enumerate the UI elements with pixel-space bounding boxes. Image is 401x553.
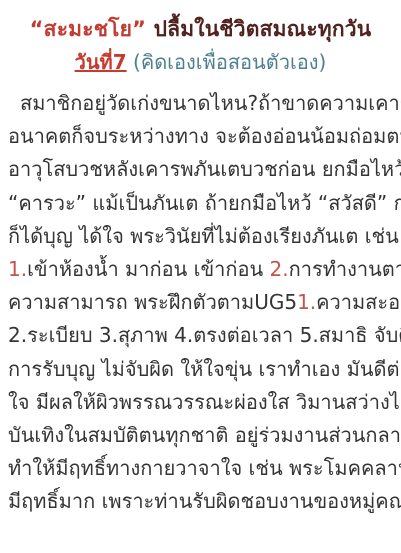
body-segment: ความสะอาด [316, 290, 401, 314]
body-segment-accent: 1. [8, 257, 27, 281]
body-line: ก็ได้บุญ ได้ใจ พระวินัยที่ไม่ต้องเรียงภั… [8, 220, 393, 253]
body-segment: สมาชิกอยู่วัดเก่งขนาดไหน?ถ้าขาดความเคารพ [20, 91, 401, 115]
subtitle-day-number: วันที่7 [75, 50, 127, 74]
body-segment: การรับบุญ ไม่จับผิด ให้ใจขุ่น เราทำเอง ม… [8, 357, 401, 381]
body-line: 2.ระเบียบ 3.สุภาพ 4.ตรงต่อเวลา 5.สมาธิ จ… [8, 319, 393, 352]
title-quoted-term: “สะมะชโย” [30, 17, 146, 41]
body-line: ความสามารถ พระฝึกตัวตามUG51.ความสะอาด [8, 286, 393, 319]
subtitle-note: (คิดเองเพื่อสอนตัวเอง) [127, 50, 327, 74]
body-line: การรับบุญ ไม่จับผิด ให้ใจขุ่น เราทำเอง ม… [8, 353, 393, 386]
body-line: บันเทิงในสมบัติตนทุกชาติ อยู่ร่วมงานส่วน… [8, 419, 393, 452]
body-segment: ความสามารถ พระฝึกตัวตามUG5 [8, 290, 297, 314]
body-segment: 2.ระเบียบ 3.สุภาพ 4.ตรงต่อเวลา 5.สมาธิ จ… [8, 323, 401, 347]
body-segment-accent: 2. [270, 257, 289, 281]
body-segment: ใจ มีผลให้ผิวพรรณวรรณะผ่องใส วิมานสว่างไ… [8, 390, 401, 414]
document-subtitle: วันที่7 (คิดเองเพื่อสอนตัวเอง) [0, 46, 401, 79]
body-segment: ก็ได้บุญ ได้ใจ พระวินัยที่ไม่ต้องเรียงภั… [8, 224, 399, 248]
body-segment-accent: 1. [297, 290, 316, 314]
body-line: อนาคตก็จบระหว่างทาง จะต้องอ่อนน้อมถ่อมตน [8, 120, 393, 153]
document-title: “สะมะชโย” ปลื้มในชีวิตสมณะทุกวัน [0, 12, 401, 46]
title-rest-text: ปลื้มในชีวิตสมณะทุกวัน [146, 17, 371, 41]
body-text-block: สมาชิกอยู่วัดเก่งขนาดไหน?ถ้าขาดความเคารพ… [0, 87, 401, 519]
body-segment: เข้าห้องน้ำ มาก่อน เข้าก่อน [27, 257, 269, 281]
body-line: ใจ มีผลให้ผิวพรรณวรรณะผ่องใส วิมานสว่างไ… [8, 386, 393, 419]
body-segment: ทำให้มีฤทธิ์ทางกายวาจาใจ เช่น พระโมคคลาน… [8, 456, 401, 480]
body-line: สมาชิกอยู่วัดเก่งขนาดไหน?ถ้าขาดความเคารพ [8, 87, 393, 120]
body-line: อาวุโสบวชหลังเคารพภันเตบวชก่อน ยกมือไหว้ [8, 153, 393, 186]
body-segment: อนาคตก็จบระหว่างทาง จะต้องอ่อนน้อมถ่อมตน [8, 124, 401, 148]
body-line: 1.เข้าห้องน้ำ มาก่อน เข้าก่อน 2.การทำงาน… [8, 253, 393, 286]
body-line: “คารวะ” แม้เป็นภันเต ถ้ายกมือไหว้ “สวัสด… [8, 187, 393, 220]
body-line: มีฤทธิ์มาก เพราะท่านรับผิดชอบงานของหมู่ค… [8, 485, 393, 518]
body-segment: อาวุโสบวชหลังเคารพภันเตบวชก่อน ยกมือไหว้ [8, 157, 401, 181]
document-page: “สะมะชโย” ปลื้มในชีวิตสมณะทุกวัน วันที่7… [0, 0, 401, 553]
body-line: ทำให้มีฤทธิ์ทางกายวาจาใจ เช่น พระโมคคลาน… [8, 452, 393, 485]
body-segment: “คารวะ” แม้เป็นภันเต ถ้ายกมือไหว้ “สวัสด… [8, 191, 401, 215]
body-segment: บันเทิงในสมบัติตนทุกชาติ อยู่ร่วมงานส่วน… [8, 423, 401, 447]
body-segment: มีฤทธิ์มาก เพราะท่านรับผิดชอบงานของหมู่ค… [8, 489, 401, 513]
body-segment: การทำงานตาม- [289, 257, 401, 281]
